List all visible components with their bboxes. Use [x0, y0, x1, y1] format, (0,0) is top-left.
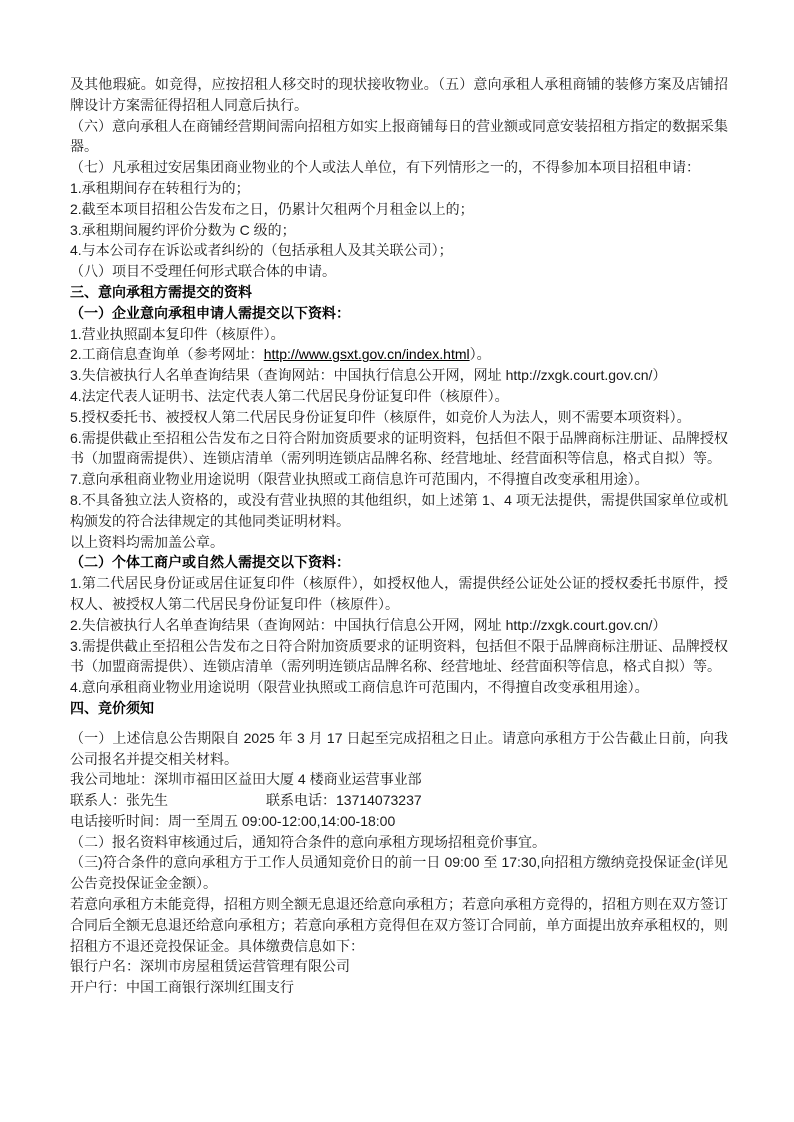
- paragraph: 1.营业执照副本复印件（核原件）。: [70, 324, 728, 345]
- paragraph: （八）项目不受理任何形式联合体的申请。: [70, 261, 728, 282]
- paragraph: 3.需提供截止至招租公告发布之日符合附加资质要求的证明资料，包括但不限于品牌商标…: [70, 636, 728, 678]
- paragraph: 3.承租期间履约评价分数为 C 级的；: [70, 220, 728, 241]
- paragraph: （七）凡承租过安居集团商业物业的个人或法人单位，有下列情形之一的，不得参加本项目…: [70, 157, 728, 178]
- text-run: 2.工商信息查询单（参考网址：: [70, 346, 264, 362]
- paragraph: 4.法定代表人证明书、法定代表人第二代居民身份证复印件（核原件）。: [70, 386, 728, 407]
- paragraph: 以上资料均需加盖公章。: [70, 532, 728, 553]
- paragraph: （三)符合条件的意向承租方于工作人员通知竞价日的前一日 09:00 至 17:3…: [70, 852, 728, 894]
- paragraph: 2.工商信息查询单（参考网址：http://www.gsxt.gov.cn/in…: [70, 344, 728, 365]
- paragraph: 开户行：中国工商银行深圳红围支行: [70, 977, 728, 998]
- section-heading: 四、竞价须知: [70, 698, 728, 719]
- paragraph: 银行户名：深圳市房屋租赁运营管理有限公司: [70, 956, 728, 977]
- hyperlink[interactable]: http://www.gsxt.gov.cn/index.html: [264, 346, 470, 362]
- section-heading: （二）个体工商户或自然人需提交以下资料：: [70, 552, 728, 573]
- paragraph: （六）意向承租人在商铺经营期间需向招租方如实上报商铺每日的营业额或同意安装招租方…: [70, 116, 728, 158]
- paragraph: （二）报名资料审核通过后，通知符合条件的意向承租方现场招租竞价事宜。: [70, 832, 728, 853]
- paragraph: 3.失信被执行人名单查询结果（查询网站：中国执行信息公开网，网址 http://…: [70, 365, 728, 386]
- paragraph: 7.意向承租商业物业用途说明（限营业执照或工商信息许可范围内，不得擅自改变承租用…: [70, 469, 728, 490]
- text-run: ）。: [470, 346, 491, 362]
- paragraph: 联系人：张先生 联系电话：13714073237: [70, 790, 728, 811]
- paragraph: 8.不具备独立法人资格的，或没有营业执照的其他组织，如上述第 1、4 项无法提供…: [70, 490, 728, 532]
- paragraph: （一）上述信息公告期限自 2025 年 3 月 17 日起至完成招租之日止。请意…: [70, 728, 728, 770]
- paragraph: 2.失信被执行人名单查询结果（查询网站：中国执行信息公开网，网址 http://…: [70, 615, 728, 636]
- paragraph: 4.意向承租商业物业用途说明（限营业执照或工商信息许可范围内，不得擅自改变承租用…: [70, 677, 728, 698]
- paragraph: 1.承租期间存在转租行为的；: [70, 178, 728, 199]
- paragraph: 6.需提供截止至招租公告发布之日符合附加资质要求的证明资料，包括但不限于品牌商标…: [70, 428, 728, 470]
- paragraph: 5.授权委托书、被授权人第二代居民身份证复印件（核原件，如竞价人为法人，则不需要…: [70, 407, 728, 428]
- paragraph: 2.截至本项目招租公告发布之日，仍累计欠租两个月租金以上的；: [70, 199, 728, 220]
- document-page: 及其他瑕疵。如竞得，应按招租人移交时的现状接收物业。（五）意向承租人承租商铺的装…: [0, 0, 794, 1122]
- document-body: 及其他瑕疵。如竞得，应按招租人移交时的现状接收物业。（五）意向承租人承租商铺的装…: [70, 74, 728, 998]
- paragraph: 1.第二代居民身份证或居住证复印件（核原件），如授权他人，需提供经公证处公证的授…: [70, 573, 728, 615]
- section-heading: （一）企业意向承租申请人需提交以下资料：: [70, 303, 728, 324]
- paragraph: 电话接听时间：周一至周五 09:00-12:00,14:00-18:00: [70, 811, 728, 832]
- paragraph: 若意向承租方未能竞得，招租方则全额无息退还给意向承租方；若意向承租方竞得的，招租…: [70, 894, 728, 956]
- paragraph: 4.与本公司存在诉讼或者纠纷的（包括承租人及其关联公司）；: [70, 240, 728, 261]
- paragraph: 及其他瑕疵。如竞得，应按招租人移交时的现状接收物业。（五）意向承租人承租商铺的装…: [70, 74, 728, 116]
- paragraph: 我公司地址：深圳市福田区益田大厦 4 楼商业运营事业部: [70, 769, 728, 790]
- section-heading: 三、意向承租方需提交的资料: [70, 282, 728, 303]
